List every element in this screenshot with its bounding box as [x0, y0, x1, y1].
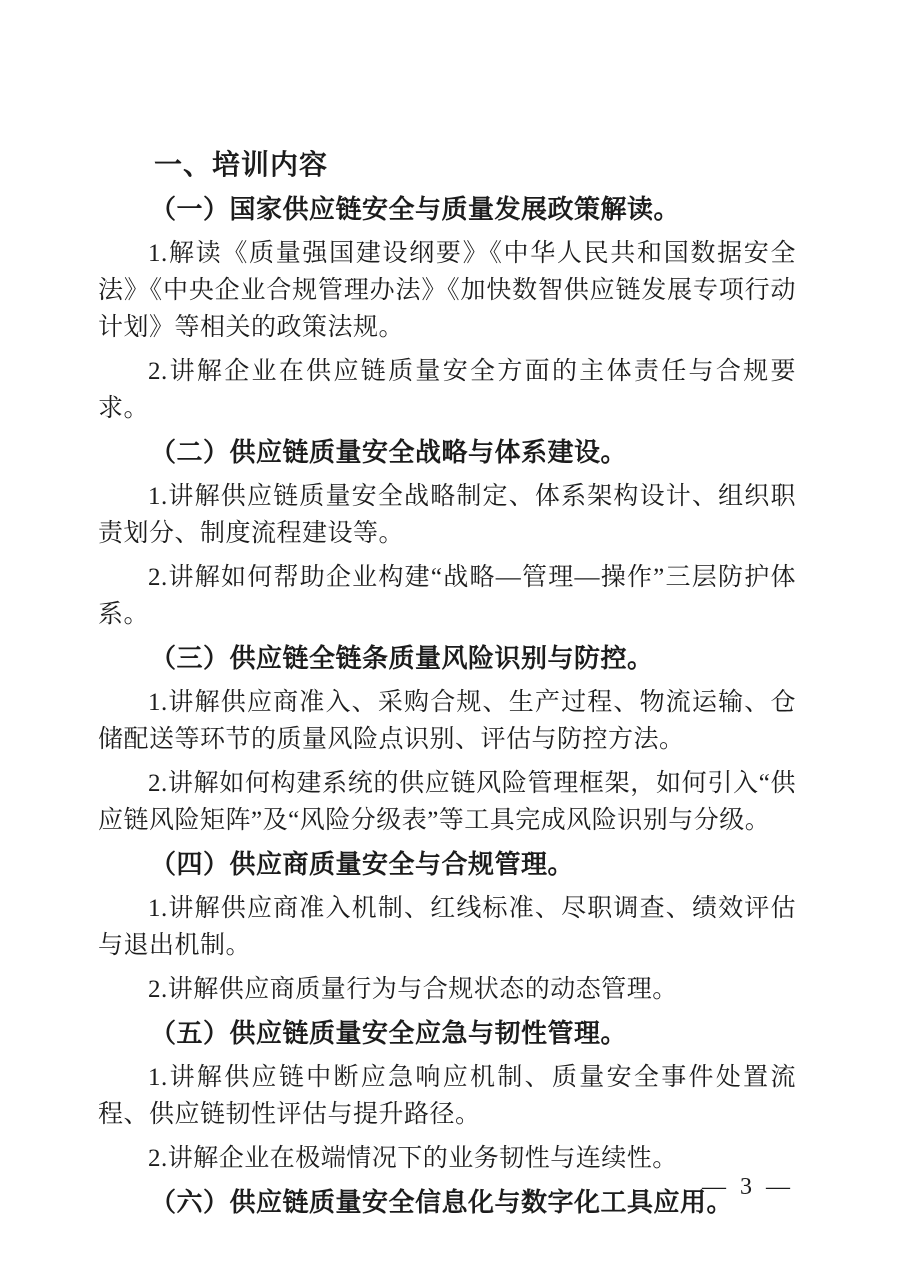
- page-number: — 3 —: [702, 1174, 794, 1201]
- subsection-title-5: （五）供应链质量安全应急与韧性管理。: [98, 1015, 796, 1052]
- paragraph-2-1: 1.讲解供应链质量安全战略制定、体系架构设计、组织职责划分、制度流程建设等。: [98, 478, 796, 552]
- subsection-title-2: （二）供应链质量安全战略与体系建设。: [98, 434, 796, 471]
- paragraph-5-2: 2.讲解企业在极端情况下的业务韧性与连续性。: [98, 1140, 796, 1177]
- subsection-title-6: （六）供应链质量安全信息化与数字化工具应用。: [98, 1184, 796, 1221]
- main-heading: 一、培训内容: [98, 146, 796, 184]
- paragraph-5-1: 1.讲解供应链中断应急响应机制、质量安全事件处置流程、供应链韧性评估与提升路径。: [98, 1059, 796, 1133]
- document-page: 一、培训内容 （一）国家供应链安全与质量发展政策解读。 1.解读《质量强国建设纲…: [0, 0, 900, 1273]
- subsection-title-1: （一）国家供应链安全与质量发展政策解读。: [98, 191, 796, 228]
- document-body: 一、培训内容 （一）国家供应链安全与质量发展政策解读。 1.解读《质量强国建设纲…: [98, 146, 796, 1221]
- paragraph-1-1: 1.解读《质量强国建设纲要》《中华人民共和国数据安全法》《中央企业合规管理办法》…: [98, 235, 796, 346]
- paragraph-1-2: 2.讲解企业在供应链质量安全方面的主体责任与合规要求。: [98, 353, 796, 427]
- subsection-title-4: （四）供应商质量安全与合规管理。: [98, 846, 796, 883]
- paragraph-3-2: 2.讲解如何构建系统的供应链风险管理框架，如何引入“供应链风险矩阵”及“风险分级…: [98, 765, 796, 839]
- paragraph-2-2: 2.讲解如何帮助企业构建“战略—管理—操作”三层防护体系。: [98, 559, 796, 633]
- paragraph-3-1: 1.讲解供应商准入、采购合规、生产过程、物流运输、仓储配送等环节的质量风险点识别…: [98, 684, 796, 758]
- paragraph-4-2: 2.讲解供应商质量行为与合规状态的动态管理。: [98, 971, 796, 1008]
- subsection-title-3: （三）供应链全链条质量风险识别与防控。: [98, 640, 796, 677]
- paragraph-4-1: 1.讲解供应商准入机制、红线标准、尽职调查、绩效评估与退出机制。: [98, 890, 796, 964]
